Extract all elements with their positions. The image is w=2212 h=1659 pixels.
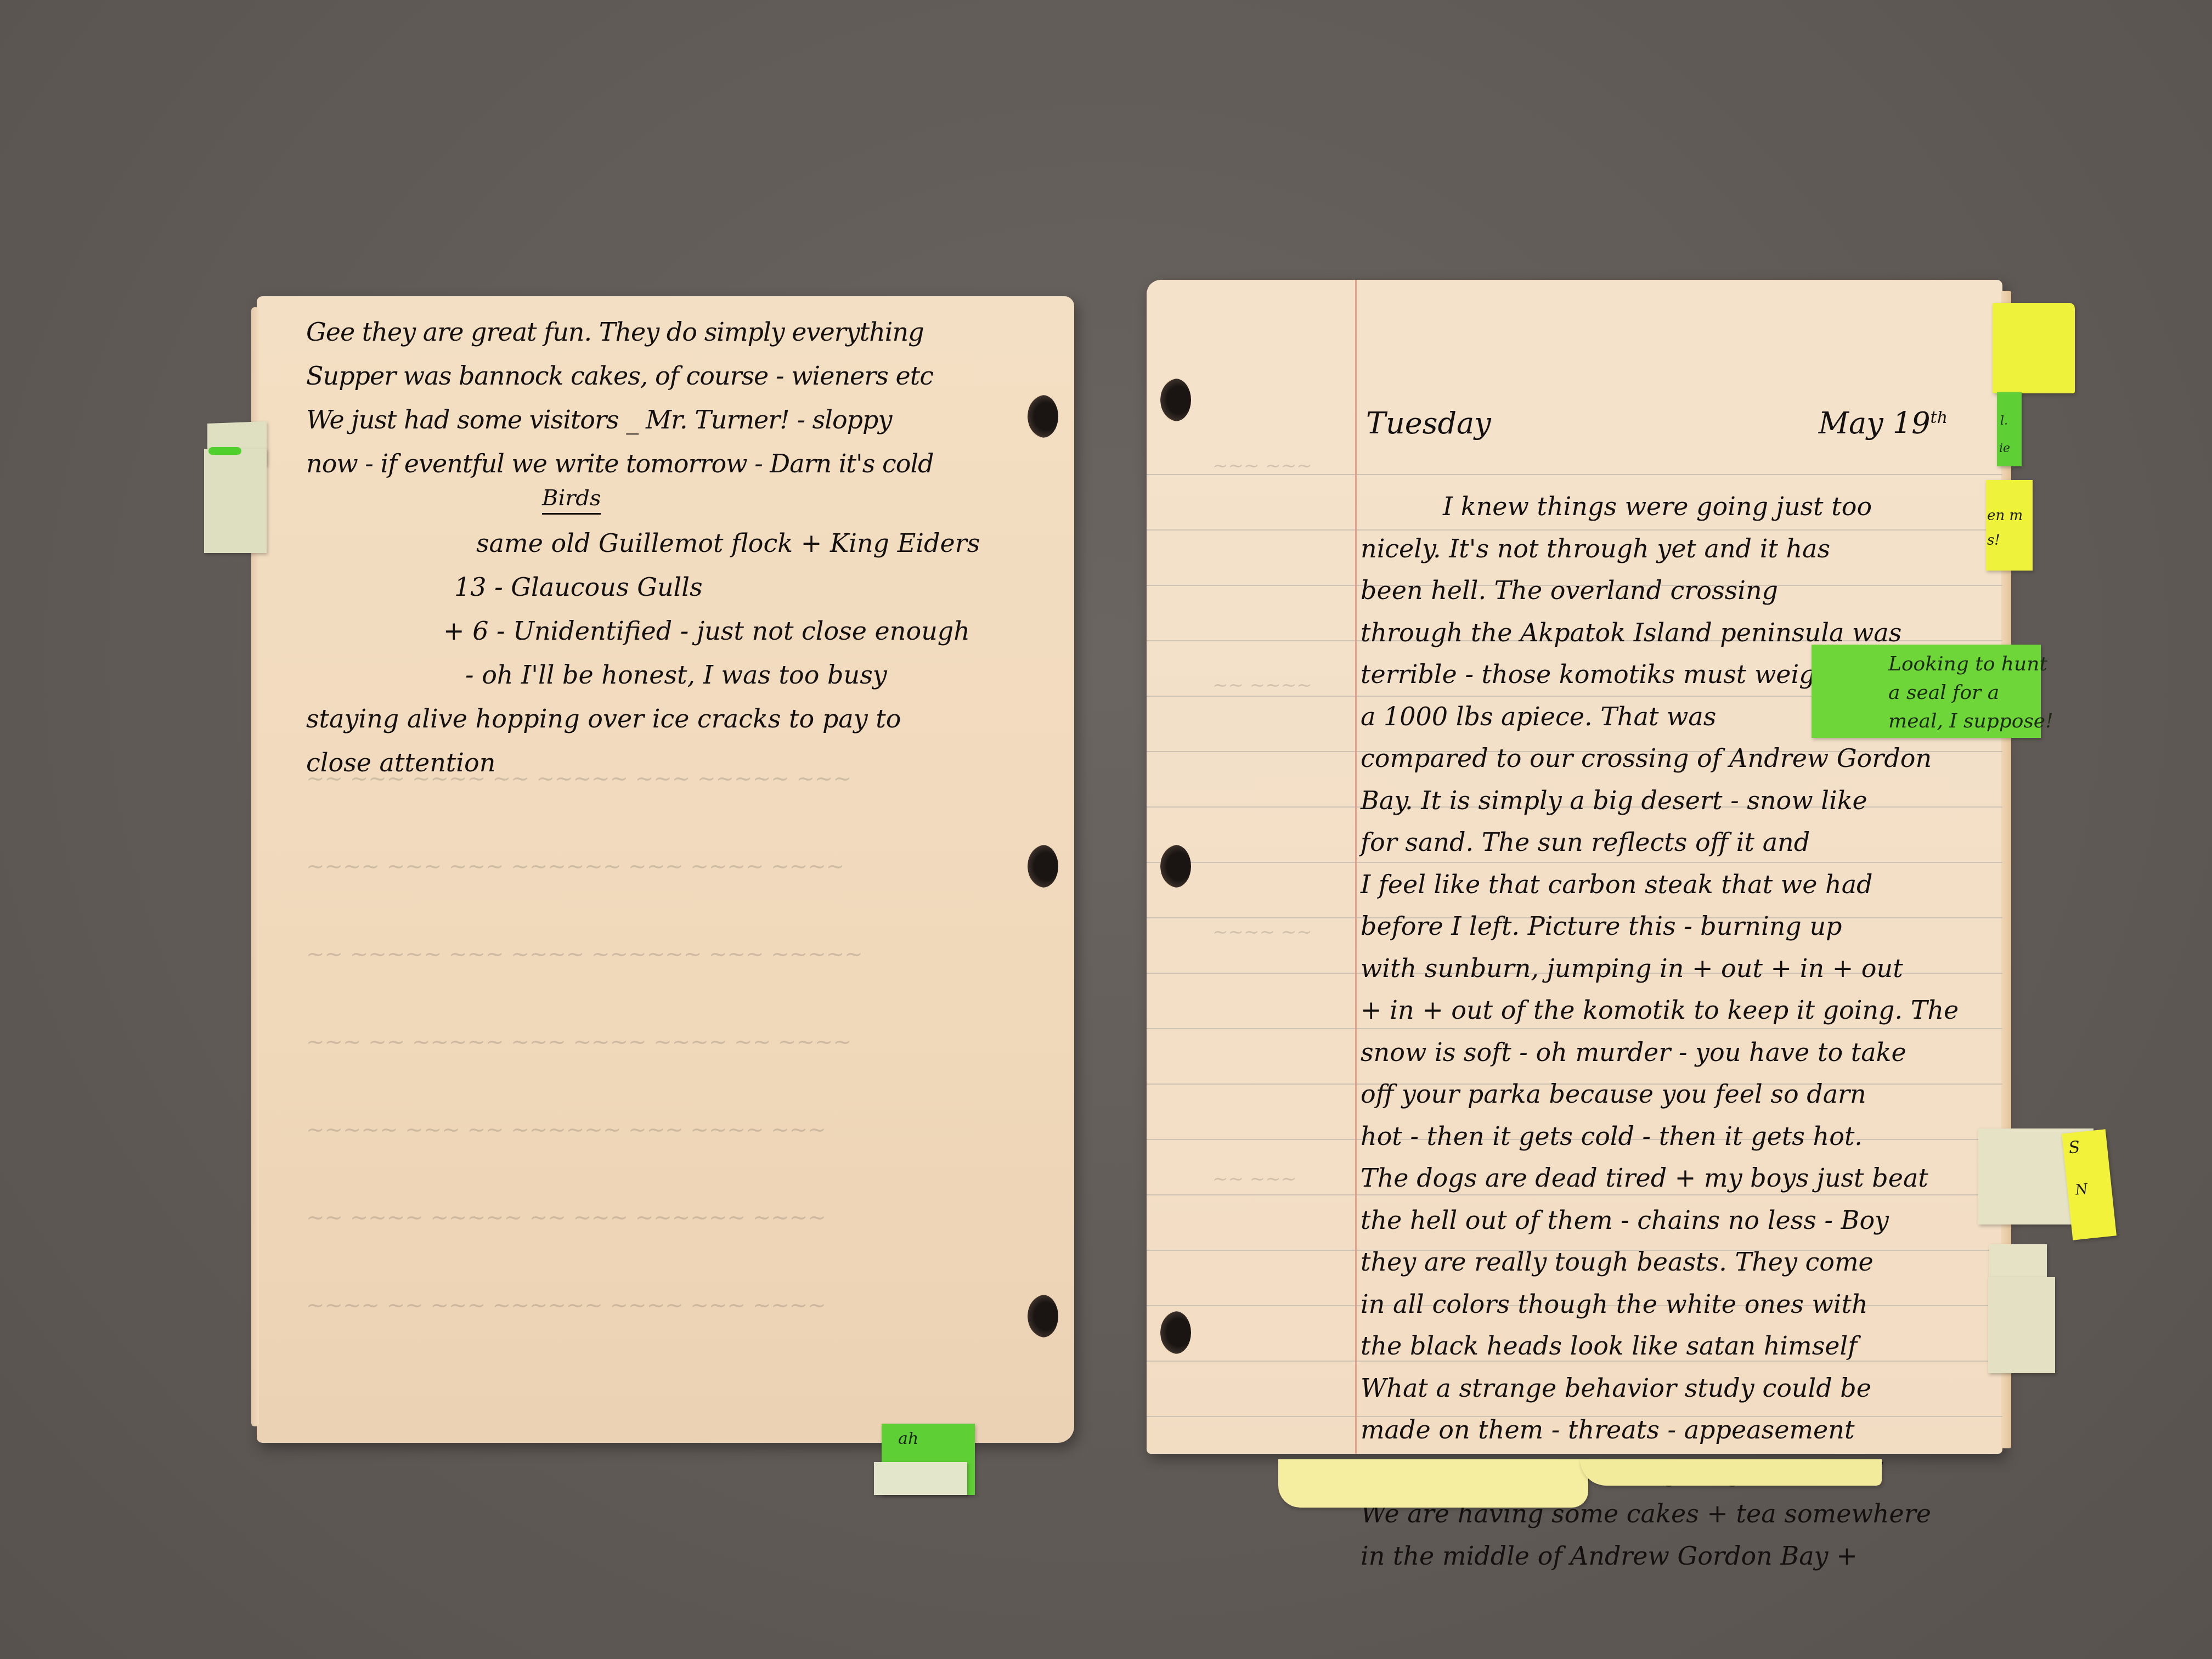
handwritten-line: I feel like that carbon steak that we ha…: [1361, 864, 1986, 906]
handwritten-line: been hell. The overland crossing: [1361, 569, 1986, 612]
bleed-through-text: ~~ ~~~: [1212, 1158, 1296, 1200]
entry-date-suffix: th: [1931, 408, 1948, 427]
tab-scribble: ah: [898, 1429, 918, 1448]
sticky-tab-cream-small[interactable]: [1989, 1244, 2047, 1277]
sticky-tab-cream-fold: [874, 1462, 967, 1495]
tab-scribble: en m: [1987, 507, 2023, 524]
handwritten-line: What a strange behavior study could be: [1361, 1367, 1986, 1409]
right-notebook-page: ~~~ ~~~ ~~ ~~~~ ~~~~ ~~ ~~ ~~~ Tuesday M…: [1147, 280, 2002, 1454]
bleed-through-text: ~~~ ~~ ~~~~~ ~~~ ~~~~ ~~~~ ~~ ~~~~: [306, 1020, 851, 1063]
bleed-through-text: ~~~~~ ~~~ ~~ ~~~~~~ ~~~ ~~~~ ~~~: [306, 1108, 826, 1151]
handwritten-line: the black heads look like satan himself: [1361, 1325, 1986, 1367]
handwritten-line: in the middle of Andrew Gordon Bay +: [1361, 1535, 1986, 1577]
handwritten-line: hot - then it gets cold - then it gets h…: [1361, 1115, 1986, 1158]
entry-day: Tuesday: [1366, 406, 1491, 441]
handwritten-line: with sunburn, jumping in + out + in + ou…: [1361, 947, 1986, 990]
birds-heading: Birds: [542, 486, 601, 515]
sticky-tab-green-right[interactable]: l. ie: [1997, 392, 2022, 466]
handwritten-line: off your parka because you feel so darn: [1361, 1073, 1986, 1115]
handwritten-line: for sand. The sun reflects off it and: [1361, 821, 1986, 864]
bleed-through-text: ~~~~ ~~~ ~~~ ~~~~~~ ~~~ ~~~~ ~~~~: [306, 845, 844, 888]
handwritten-line: I knew things were going just too: [1361, 486, 1986, 528]
punch-hole: [1028, 845, 1058, 888]
handwritten-line: We just had some visitors _ Mr. Turner! …: [306, 398, 1063, 442]
tab-scribble: ie: [1999, 442, 2010, 455]
punch-hole: [1028, 1295, 1058, 1338]
sticky-tab-yellow-mid[interactable]: en m s!: [1986, 480, 2033, 571]
bird-line: close attention: [306, 741, 1074, 785]
punch-hole: [1160, 379, 1191, 421]
sticky-note-text: Looking to hunt a seal for a meal, I sup…: [1888, 650, 2053, 736]
handwritten-line: they are really tough beasts. They come: [1361, 1241, 1986, 1283]
entry-date-text: May 19: [1819, 406, 1931, 441]
handwritten-line: in all colors though the white ones with: [1361, 1283, 1986, 1325]
bird-line: 13 - Glaucous Gulls: [306, 565, 1074, 609]
handwritten-line: Gee they are great fun. They do simply e…: [306, 310, 1063, 354]
bleed-through-text: ~~~~ ~~: [1212, 911, 1312, 953]
handwritten-line: made on them - threats - appeasement: [1361, 1409, 1986, 1451]
bleed-through-text: ~~~ ~~~: [1212, 444, 1312, 487]
bleed-through-text: ~~ ~~~~~ ~~~ ~~~~ ~~~~~~ ~~~ ~~~~~: [306, 933, 863, 975]
punch-hole: [1160, 1311, 1191, 1354]
handwritten-line: the hell out of them - chains no less - …: [1361, 1199, 1986, 1242]
punch-hole: [1160, 845, 1191, 888]
handwritten-line: The dogs are dead tired + my boys just b…: [1361, 1157, 1986, 1199]
sticky-tab-yellow-bottom-right[interactable]: [1580, 1459, 1882, 1486]
handwritten-line: + in + out of the komotik to keep it goi…: [1361, 989, 1986, 1031]
entry-date: May 19th: [1819, 406, 1948, 441]
bird-line: + 6 - Unidentified - just not close enou…: [306, 609, 1074, 653]
note-line: meal, I suppose!: [1888, 707, 2053, 736]
bird-line: same old Guillemot flock + King Eiders: [306, 521, 1074, 565]
tab-scribble: s!: [1987, 532, 2000, 549]
note-line: Looking to hunt: [1888, 650, 2053, 679]
bleed-through-text: ~~~~ ~~ ~~~ ~~~~~~ ~~~~ ~~~ ~~~~: [306, 1284, 826, 1327]
left-page-entry: Gee they are great fun. They do simply e…: [306, 310, 1063, 486]
handwritten-line: Supper was bannock cakes, of course - wi…: [306, 354, 1063, 398]
sticky-tab-yellow-top[interactable]: [1993, 303, 2075, 393]
handwritten-line: Bay. It is simply a big desert - snow li…: [1361, 780, 1986, 822]
left-notebook-page: ~~ ~~~ ~~~~ ~~ ~~~~~ ~~~ ~~~~~ ~~~ ~~~~ …: [257, 296, 1074, 1443]
note-line: a seal for a: [1888, 679, 2053, 707]
tab-scribble: N: [2074, 1181, 2089, 1198]
handwritten-line: compared to our crossing of Andrew Gordo…: [1361, 737, 1986, 780]
sticky-note-green[interactable]: Looking to hunt a seal for a meal, I sup…: [1812, 645, 2041, 738]
sticky-tab-yellow-bottom-left[interactable]: [1278, 1459, 1588, 1508]
handwritten-line: snow is soft - oh murder - you have to t…: [1361, 1031, 1986, 1074]
margin-line: [1355, 280, 1357, 1454]
handwritten-line: before I left. Picture this - burning up: [1361, 905, 1986, 947]
birds-list: same old Guillemot flock + King Eiders 1…: [306, 521, 1074, 785]
bird-line: staying alive hopping over ice cracks to…: [306, 697, 1074, 741]
tab-scribble: S: [2068, 1137, 2081, 1158]
green-tab-peek: [208, 447, 241, 455]
handwritten-line: nicely. It's not through yet and it has: [1361, 528, 1986, 570]
bleed-through-text: ~~ ~~~~ ~~~~~ ~~ ~~~ ~~~~~~ ~~~~: [306, 1196, 826, 1239]
sticky-tab-cream-bottom[interactable]: [1988, 1277, 2055, 1373]
bird-line: - oh I'll be honest, I was too busy: [306, 653, 1074, 697]
bleed-through-text: ~~ ~~~~: [1212, 664, 1312, 707]
handwritten-line: now - if eventful we write tomorrow - Da…: [306, 442, 1063, 486]
tab-scribble: l.: [2000, 414, 2008, 428]
sticky-tab-cream-left-lower[interactable]: [204, 449, 267, 553]
